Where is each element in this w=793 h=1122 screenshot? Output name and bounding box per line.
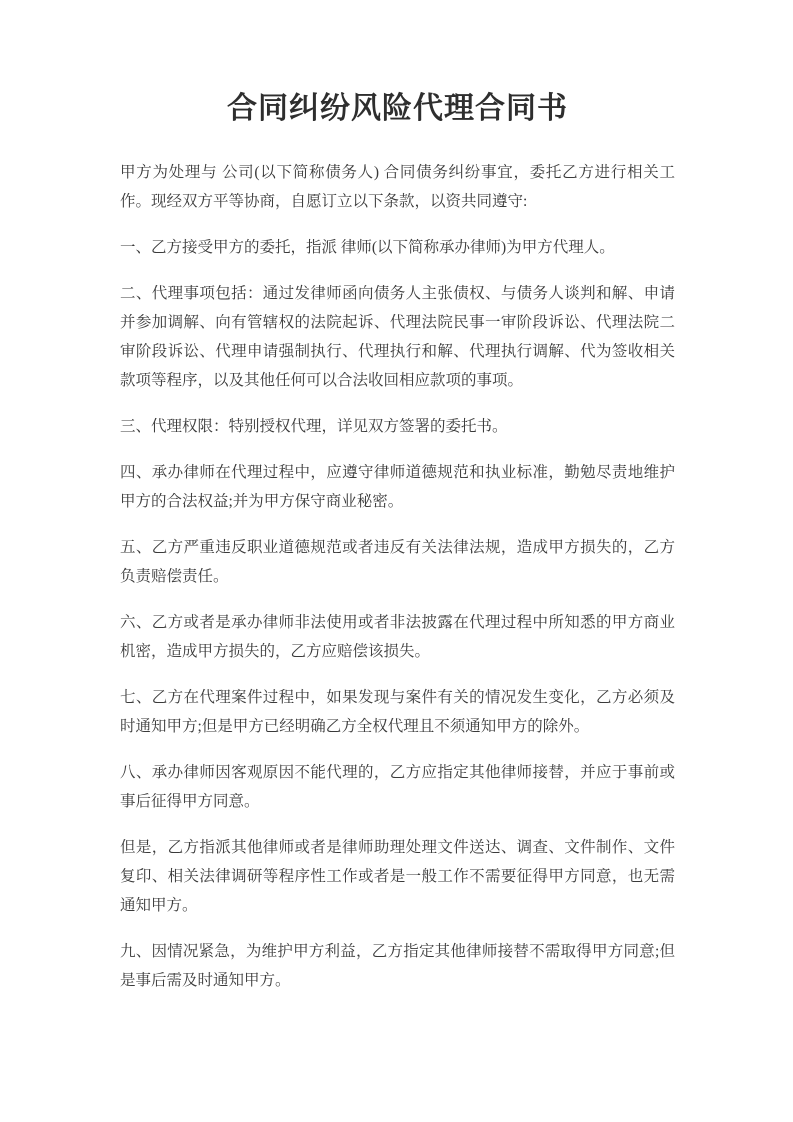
contract-document-page: 合同纠纷风险代理合同书 甲方为处理与 公司(以下简称债务人) 合同债务纠纷事宜，… <box>0 0 793 1122</box>
clause-8-supplement: 但是，乙方指派其他律师或者是律师助理处理文件送达、调查、文件制作、文件复印、相关… <box>120 833 675 920</box>
clause-5: 五、乙方严重违反职业道德规范或者违反有关法律法规，造成甲方损失的，乙方负责赔偿责… <box>120 533 675 591</box>
clause-4: 四、承办律师在代理过程中，应遵守律师道德规范和执业标准，勤勉尽责地维护甲方的合法… <box>120 458 675 516</box>
clause-8: 八、承办律师因客观原因不能代理的，乙方应指定其他律师接替，并应于事前或事后征得甲… <box>120 758 675 816</box>
clause-6: 六、乙方或者是承办律师非法使用或者非法披露在代理过程中所知悉的甲方商业机密，造成… <box>120 608 675 666</box>
document-body: 甲方为处理与 公司(以下简称债务人) 合同债务纠纷事宜，委托乙方进行相关工作。现… <box>120 158 675 995</box>
clause-7: 七、乙方在代理案件过程中，如果发现与案件有关的情况发生变化，乙方必须及时通知甲方… <box>120 683 675 741</box>
clause-2: 二、代理事项包括：通过发律师函向债务人主张债权、与债务人谈判和解、申请并参加调解… <box>120 279 675 395</box>
intro-paragraph: 甲方为处理与 公司(以下简称债务人) 合同债务纠纷事宜，委托乙方进行相关工作。现… <box>120 158 675 216</box>
clause-9: 九、因情况紧急，为维护甲方利益，乙方指定其他律师接替不需取得甲方同意;但是事后需… <box>120 937 675 995</box>
document-title: 合同纠纷风险代理合同书 <box>120 88 675 130</box>
clause-1: 一、乙方接受甲方的委托，指派 律师(以下简称承办律师)为甲方代理人。 <box>120 233 675 262</box>
clause-3: 三、代理权限：特别授权代理，详见双方签署的委托书。 <box>120 412 675 441</box>
